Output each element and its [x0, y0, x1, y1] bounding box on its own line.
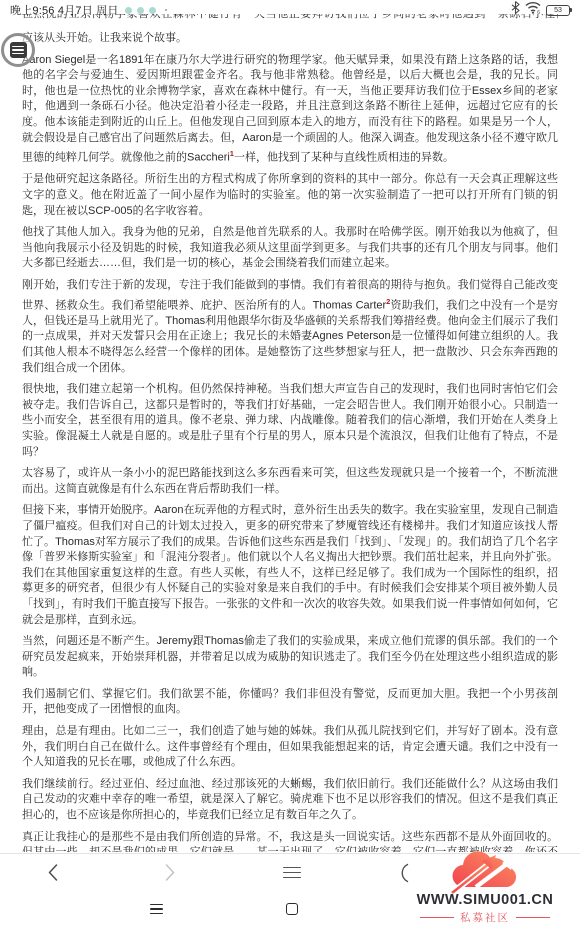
- notification-dots: [125, 7, 156, 14]
- home-button[interactable]: [270, 890, 314, 928]
- more-notifications-dot: [165, 9, 167, 11]
- screen: 晚上9:56 4月7日 周日 6 53: [0, 0, 580, 928]
- paragraph: Aaron Siegel是一名1891年在康乃尔大学进行研究的物理学家。他天赋异…: [22, 53, 558, 167]
- footnote-ref[interactable]: 1: [230, 149, 234, 158]
- notification-dot: [137, 7, 144, 14]
- contents-icon: [283, 867, 301, 879]
- forward-button[interactable]: [148, 854, 192, 891]
- paragraph-list: 应该从头开始。让我来说个故事。Aaron Siegel是一名1891年在康乃尔大…: [22, 31, 558, 852]
- contents-button[interactable]: [270, 854, 314, 891]
- home-icon: [286, 903, 298, 915]
- recents-button[interactable]: [134, 890, 178, 928]
- paragraph: 我们遏制它们、掌握它们。我们欲罢不能，你懂吗？我们非但没有警觉，反而更加大胆。我…: [22, 687, 558, 718]
- back-button[interactable]: [31, 854, 75, 891]
- paragraph: 真正让我挂心的是那些不是由我们所创造的异常。不，我这是头一回说实话。这些东西都不…: [22, 830, 558, 852]
- wifi-icon: 6: [525, 1, 541, 19]
- svg-text:6: 6: [537, 10, 540, 14]
- paragraph: 于是他研究起这条路径。所衍生出的方程式构成了你所拿到的资料的其中一部分。你总有一…: [22, 172, 558, 219]
- battery-icon: 53: [546, 5, 570, 16]
- back-icon: [48, 864, 58, 881]
- status-time-date: 晚上9:56 4月7日 周日: [10, 2, 119, 18]
- paragraph: 太容易了，或许从一条小小的泥巴路能找到这么多东西看来可笑，但这些发现就只是一个接…: [22, 466, 558, 497]
- bluetooth-icon: [511, 1, 520, 19]
- night-mode-button[interactable]: [381, 854, 425, 891]
- reader-toolbar: [0, 853, 580, 890]
- paragraph: 我们继续前行。经过亚伯、经过血池、经过那该死的大蜥蜴，我们依旧前行。我们还能做什…: [22, 777, 558, 824]
- paragraph: 很快地，我们建立起第一个机构。但仍然保持神秘。当我们想大声宣告自己的发现时，我们…: [22, 382, 558, 460]
- system-nav-bar: [0, 890, 580, 928]
- paragraph: 理由，总是有理由。比如二三一，我们创造了她与她的姊妹。我们从孤儿院找到它们，并写…: [22, 724, 558, 771]
- battery-percent: 53: [554, 7, 562, 14]
- night-mode-icon: [396, 863, 410, 883]
- paragraph: 但接下来，事情开始脱序。Aaron在玩弄他的方程式时，意外衍生出丢失的数字。我在…: [22, 503, 558, 628]
- status-bar: 晚上9:56 4月7日 周日 6 53: [0, 0, 580, 20]
- notification-dot: [149, 7, 156, 14]
- paragraph: 刚开始，我们专注于新的发现，专注于我们能做到的事情。我们有着很高的期待与抱负。我…: [22, 278, 558, 376]
- paragraph: 当然，问题还是不断产生。Jeremy跟Thomas偷走了我们的实验成果，来成立他…: [22, 634, 558, 681]
- document-body: 位热忱的业余博物学家喜欢在森林中健行有一天当他正要拜访我们位于乡间的老家时他遇到…: [22, 14, 558, 852]
- forward-icon: [165, 864, 175, 881]
- hamburger-menu-icon: [10, 42, 27, 58]
- recents-icon: [150, 904, 163, 915]
- paragraph: 他找了其他人加入。我身为他的兄弟，自然是他首先联系的人。我那时在哈佛学医。刚开始…: [22, 225, 558, 272]
- notification-dot: [125, 7, 132, 14]
- footnote-ref[interactable]: 2: [386, 297, 390, 306]
- paragraph: 应该从头开始。让我来说个故事。: [22, 31, 558, 47]
- floating-menu-button[interactable]: [1, 33, 35, 67]
